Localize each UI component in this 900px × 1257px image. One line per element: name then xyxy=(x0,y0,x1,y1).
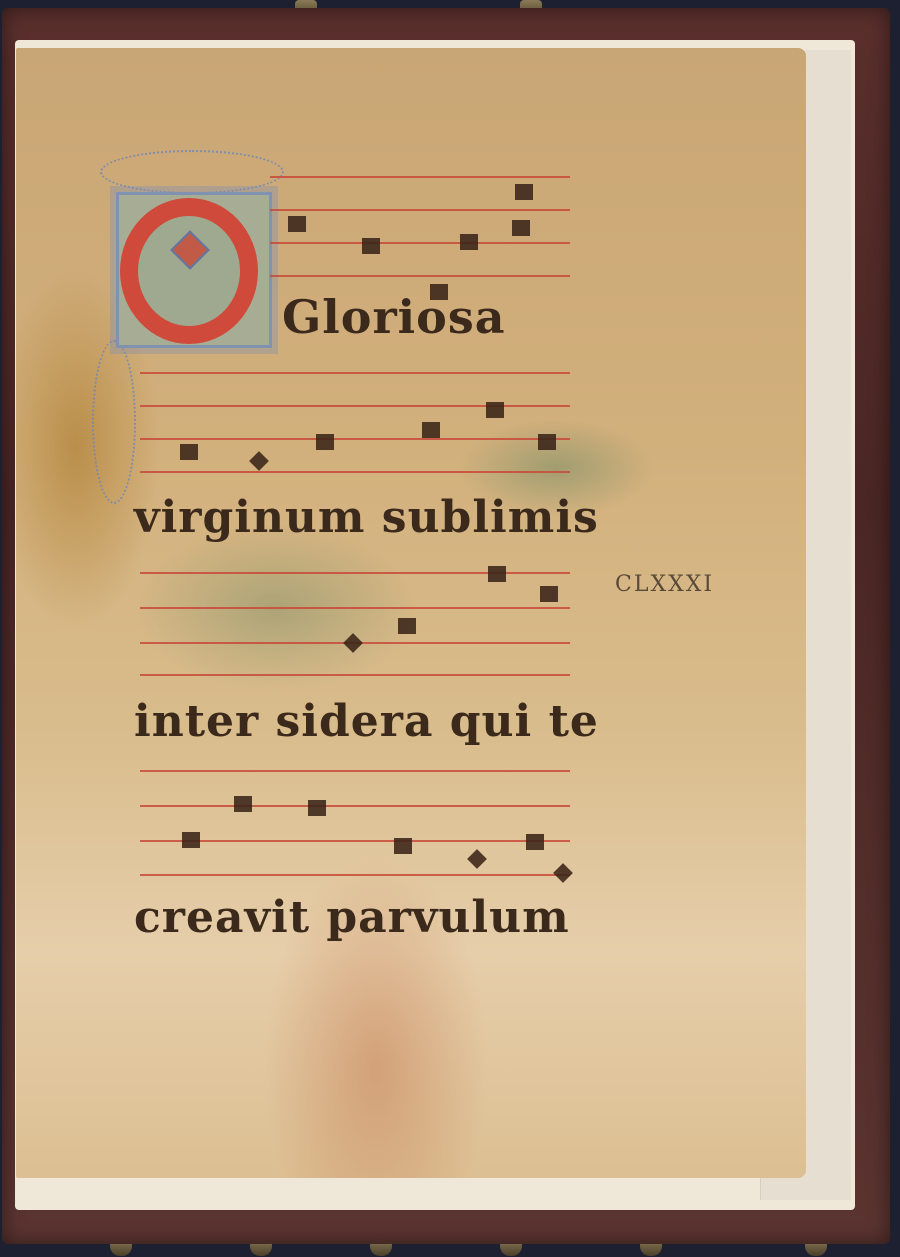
illuminated-initial-o xyxy=(120,198,258,344)
music-staff xyxy=(140,572,570,682)
lyric-line-3: inter sidera qui te xyxy=(134,696,599,747)
lyric-line-1: Gloriosa xyxy=(282,290,506,344)
music-staff xyxy=(270,176,570,286)
folio-number: CLXXXI xyxy=(615,572,714,597)
lyric-line-2: virginum sublimis xyxy=(134,492,599,543)
music-staff xyxy=(140,372,570,482)
lyric-line-4: creavit parvulum xyxy=(134,892,570,943)
vine-ornament xyxy=(100,150,284,194)
music-staff xyxy=(140,770,570,880)
vine-ornament xyxy=(92,340,136,504)
